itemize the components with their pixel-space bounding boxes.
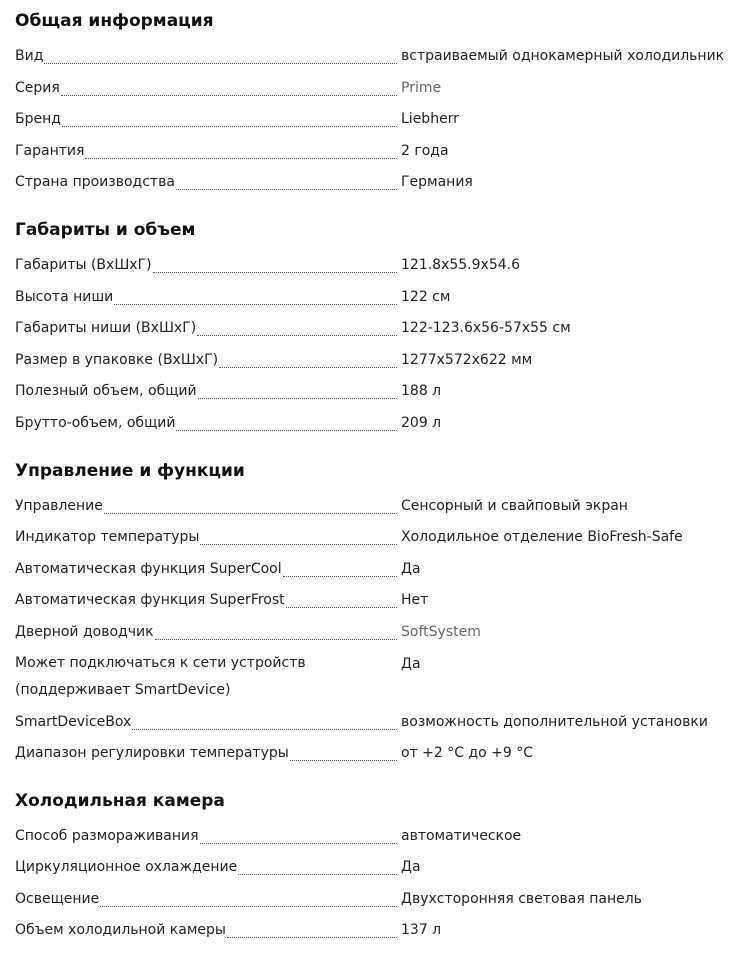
section-fridge-compartment: Холодильная камера Способ размораживания… bbox=[15, 789, 738, 952]
spec-row-niche-dimensions: Габариты ниши (ВхШхГ) 122-123.6x56-57x55… bbox=[15, 318, 738, 350]
spec-row-supercool: Автоматическая функция SuperCool Да bbox=[15, 559, 738, 591]
spec-row-smartdevicebox: SmartDeviceBox возможность дополнительно… bbox=[15, 712, 738, 744]
spec-label: Освещение bbox=[15, 889, 99, 909]
dotted-leader bbox=[227, 936, 397, 938]
dotted-leader bbox=[104, 512, 397, 514]
spec-row-gross-volume: Брутто-объем, общий 209 л bbox=[15, 413, 738, 445]
spec-value: 2 года bbox=[397, 141, 738, 161]
spec-row-series: Серия Prime bbox=[15, 78, 738, 110]
spec-label: Индикатор температуры bbox=[15, 527, 199, 547]
spec-rows: Управление Сенсорный и свайповый экран И… bbox=[15, 496, 738, 775]
spec-row-niche-height: Высота ниши 122 см bbox=[15, 287, 738, 319]
section-title: Габариты и объем bbox=[15, 218, 738, 242]
spec-label-cell: Серия bbox=[15, 78, 397, 98]
spec-label-cell: Циркуляционное охлаждение bbox=[15, 857, 397, 877]
spec-row-temp-indicator: Индикатор температуры Холодильное отделе… bbox=[15, 527, 738, 559]
spec-value: встраиваемый однокамерный холодильник bbox=[397, 46, 738, 66]
spec-rows: Габариты (ВхШхГ) 121.8x55.9x54.6 Высота … bbox=[15, 255, 738, 445]
spec-value: автоматическое bbox=[397, 826, 738, 846]
dotted-leader bbox=[197, 334, 397, 336]
spec-row-control: Управление Сенсорный и свайповый экран bbox=[15, 496, 738, 528]
spec-label: Бренд bbox=[15, 109, 61, 129]
spec-label-cell: Вид bbox=[15, 46, 397, 66]
spec-value-link[interactable]: Prime bbox=[397, 78, 738, 98]
dotted-leader bbox=[200, 842, 397, 844]
spec-value: 122-123.6x56-57x55 см bbox=[397, 318, 738, 338]
spec-rows: Способ размораживания автоматическое Цир… bbox=[15, 826, 738, 952]
spec-row-dimensions: Габариты (ВхШхГ) 121.8x55.9x54.6 bbox=[15, 255, 738, 287]
spec-label: Габариты (ВхШхГ) bbox=[15, 255, 152, 275]
dotted-leader bbox=[238, 873, 397, 875]
spec-row-type: Вид встраиваемый однокамерный холодильни… bbox=[15, 46, 738, 78]
spec-label-cell: Брутто-объем, общий bbox=[15, 413, 397, 433]
spec-value: 188 л bbox=[397, 381, 738, 401]
spec-label-cell: Страна производства bbox=[15, 172, 397, 192]
spec-value: возможность дополнительной установки bbox=[397, 712, 738, 732]
spec-value-link[interactable]: SoftSystem bbox=[397, 622, 738, 642]
dotted-leader bbox=[62, 125, 397, 127]
dotted-leader bbox=[100, 905, 397, 907]
spec-row-temp-range: Диапазон регулировки температуры от +2 °… bbox=[15, 743, 738, 775]
spec-label: Габариты ниши (ВхШхГ) bbox=[15, 318, 196, 338]
spec-label-cell: Высота ниши bbox=[15, 287, 397, 307]
spec-value: Нет bbox=[397, 590, 738, 610]
spec-label-cell: Гарантия bbox=[15, 141, 397, 161]
spec-row-fridge-volume: Объем холодильной камеры 137 л bbox=[15, 920, 738, 952]
spec-value: 209 л bbox=[397, 413, 738, 433]
spec-value: 1277x572x622 мм bbox=[397, 350, 738, 370]
spec-label-cell: Освещение bbox=[15, 889, 397, 909]
spec-row-defrost: Способ размораживания автоматическое bbox=[15, 826, 738, 858]
specifications-list: Общая информация Вид встраиваемый однока… bbox=[15, 0, 738, 952]
spec-label-cell: Бренд bbox=[15, 109, 397, 129]
spec-row-lighting: Освещение Двухсторонняя световая панель bbox=[15, 889, 738, 921]
spec-label: Способ размораживания bbox=[15, 826, 199, 846]
spec-label: Диапазон регулировки температуры bbox=[15, 743, 289, 763]
spec-label: Страна производства bbox=[15, 172, 175, 192]
spec-row-superfrost: Автоматическая функция SuperFrost Нет bbox=[15, 590, 738, 622]
dotted-leader bbox=[85, 157, 397, 159]
spec-value: Да bbox=[397, 857, 738, 877]
spec-label: Циркуляционное охлаждение bbox=[15, 857, 237, 877]
spec-label: Автоматическая функция SuperFrost bbox=[15, 590, 285, 610]
dotted-leader bbox=[219, 366, 397, 368]
spec-label: Автоматическая функция SuperCool bbox=[15, 559, 282, 579]
dotted-leader bbox=[290, 759, 397, 761]
spec-label-cell: Габариты (ВхШхГ) bbox=[15, 255, 397, 275]
spec-label-cell: Габариты ниши (ВхШхГ) bbox=[15, 318, 397, 338]
spec-label: Размер в упаковке (ВхШхГ) bbox=[15, 350, 218, 370]
dotted-leader bbox=[132, 728, 397, 730]
spec-row-smartdevice: Может подключаться к сети устройств (под… bbox=[15, 654, 738, 712]
spec-label-cell: Автоматическая функция SuperCool bbox=[15, 559, 397, 579]
spec-label-cell: Диапазон регулировки температуры bbox=[15, 743, 397, 763]
spec-label: Высота ниши bbox=[15, 287, 113, 307]
spec-label-cell: Дверной доводчик bbox=[15, 622, 397, 642]
spec-label: Полезный объем, общий bbox=[15, 381, 197, 401]
dotted-leader bbox=[286, 606, 397, 608]
spec-label-cell: Размер в упаковке (ВхШхГ) bbox=[15, 350, 397, 370]
spec-value: 122 см bbox=[397, 287, 738, 307]
spec-label: Брутто-объем, общий bbox=[15, 413, 175, 433]
spec-row-country: Страна производства Германия bbox=[15, 172, 738, 204]
spec-label: Может подключаться к сети устройств (под… bbox=[15, 655, 306, 698]
spec-row-warranty: Гарантия 2 года bbox=[15, 141, 738, 173]
spec-label-cell: Автоматическая функция SuperFrost bbox=[15, 590, 397, 610]
dotted-leader bbox=[176, 429, 397, 431]
dotted-leader bbox=[200, 543, 397, 545]
spec-value: Сенсорный и свайповый экран bbox=[397, 496, 738, 516]
spec-label: Объем холодильной камеры bbox=[15, 920, 226, 940]
section-general-info: Общая информация Вид встраиваемый однока… bbox=[15, 9, 738, 204]
dotted-leader bbox=[44, 62, 397, 64]
spec-row-net-volume: Полезный объем, общий 188 л bbox=[15, 381, 738, 413]
spec-value: Холодильное отделение BioFresh-Safe bbox=[397, 527, 738, 547]
spec-label-cell: Способ размораживания bbox=[15, 826, 397, 846]
spec-label: Гарантия bbox=[15, 141, 84, 161]
spec-value: Liebherr bbox=[397, 109, 738, 129]
dotted-leader bbox=[198, 397, 397, 399]
spec-row-brand: Бренд Liebherr bbox=[15, 109, 738, 141]
spec-label-cell: Может подключаться к сети устройств (под… bbox=[15, 650, 397, 704]
section-dimensions-volume: Габариты и объем Габариты (ВхШхГ) 121.8x… bbox=[15, 218, 738, 445]
dotted-leader bbox=[155, 638, 397, 640]
section-title: Управление и функции bbox=[15, 459, 738, 483]
spec-value: от +2 °C до +9 °C bbox=[397, 743, 738, 763]
spec-value: Да bbox=[397, 559, 738, 579]
dotted-leader bbox=[114, 303, 397, 305]
spec-value: 137 л bbox=[397, 920, 738, 940]
section-title: Общая информация bbox=[15, 9, 738, 33]
dotted-leader bbox=[176, 188, 397, 190]
spec-label-cell: Полезный объем, общий bbox=[15, 381, 397, 401]
spec-row-circulation-cooling: Циркуляционное охлаждение Да bbox=[15, 857, 738, 889]
section-controls-functions: Управление и функции Управление Сенсорны… bbox=[15, 459, 738, 775]
spec-label-cell: Индикатор температуры bbox=[15, 527, 397, 547]
spec-label-cell: Объем холодильной камеры bbox=[15, 920, 397, 940]
spec-label: SmartDeviceBox bbox=[15, 712, 131, 732]
spec-value: Двухсторонняя световая панель bbox=[397, 889, 738, 909]
dotted-leader bbox=[283, 575, 397, 577]
spec-label: Дверной доводчик bbox=[15, 622, 154, 642]
spec-value: Германия bbox=[397, 172, 738, 192]
spec-value: Да bbox=[397, 654, 738, 674]
spec-label-cell: Управление bbox=[15, 496, 397, 516]
spec-label-cell: SmartDeviceBox bbox=[15, 712, 397, 732]
spec-label: Вид bbox=[15, 46, 43, 66]
section-title: Холодильная камера bbox=[15, 789, 738, 813]
spec-rows: Вид встраиваемый однокамерный холодильни… bbox=[15, 46, 738, 204]
dotted-leader bbox=[153, 271, 397, 273]
spec-label: Управление bbox=[15, 496, 103, 516]
dotted-leader bbox=[61, 94, 397, 96]
spec-label: Серия bbox=[15, 78, 60, 98]
spec-row-package-size: Размер в упаковке (ВхШхГ) 1277x572x622 м… bbox=[15, 350, 738, 382]
spec-value: 121.8x55.9x54.6 bbox=[397, 255, 738, 275]
